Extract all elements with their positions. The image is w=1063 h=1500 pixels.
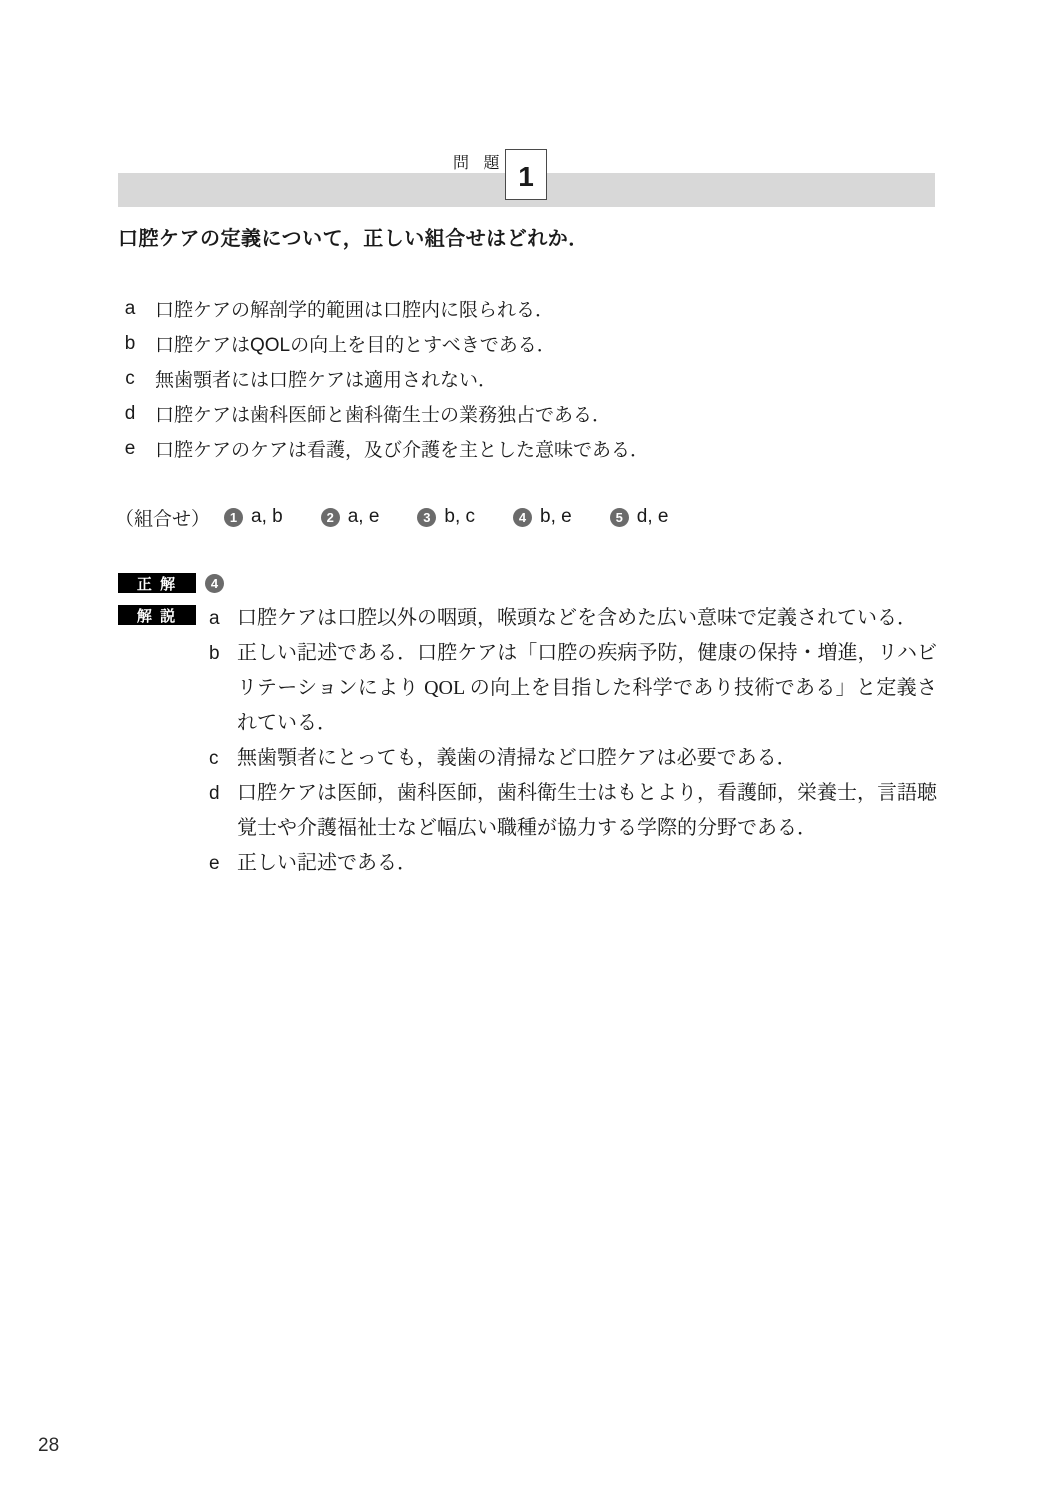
option-letter: c	[120, 368, 140, 390]
explanation-letter: c	[209, 741, 223, 776]
answer-row: 正 解 4	[118, 573, 224, 593]
explanation-letter: e	[209, 846, 223, 881]
option-row: a 口腔ケアの解剖学的範囲は口腔内に限られる．	[120, 291, 649, 326]
combination-choices: 1 a, b 2 a, e 3 b, c 4 b, e	[224, 506, 706, 528]
choice-text: d, e	[637, 506, 669, 528]
option-text: 無歯顎者には口腔ケアは適用されない．	[155, 365, 497, 392]
combination-choice: 4 b, e	[513, 506, 572, 528]
option-list: a 口腔ケアの解剖学的範囲は口腔内に限られる． b 口腔ケアはQOLの向上を目的…	[120, 291, 649, 466]
explanation-text: 正しい記述である．口腔ケアは「口腔の疾病予防，健康の保持・増進，リハビリテーショ…	[237, 636, 937, 741]
option-text: 口腔ケアはQOLの向上を目的とすべきである．	[155, 330, 556, 357]
explanation-letter: b	[209, 636, 223, 671]
question-title: 口腔ケアの定義について，正しい組合せはどれか．	[118, 222, 589, 251]
question-number: 1	[518, 163, 534, 191]
combination-row: （組合せ） 1 a, b 2 a, e 3 b, c 4	[115, 503, 706, 531]
choice-number-badge: 5	[610, 508, 629, 527]
option-text: 口腔ケアのケアは看護，及び介護を主とした意味である．	[155, 435, 649, 462]
explanation-list: a 口腔ケアは口腔以外の咽頭，喉頭などを含めた広い意味で定義されている． b 正…	[209, 601, 937, 881]
combination-choice: 1 a, b	[224, 506, 283, 528]
explanation-item: e 正しい記述である．	[209, 846, 937, 881]
combination-choice: 5 d, e	[610, 506, 669, 528]
option-row: d 口腔ケアは歯科医師と歯科衛生士の業務独占である．	[120, 396, 649, 431]
combination-label: （組合せ）	[115, 504, 210, 531]
option-row: b 口腔ケアはQOLの向上を目的とすべきである．	[120, 326, 649, 361]
explanation-text: 正しい記述である．	[237, 846, 937, 881]
choice-number-badge: 4	[513, 508, 532, 527]
combination-choice: 2 a, e	[321, 506, 380, 528]
option-letter: a	[120, 298, 140, 320]
option-text: 口腔ケアは歯科医師と歯科衛生士の業務独占である．	[155, 400, 611, 427]
explanation-item: c 無歯顎者にとっても，義歯の清掃など口腔ケアは必要である．	[209, 741, 937, 776]
explanation-text: 口腔ケアは医師，歯科医師，歯科衛生士はもとより，看護師，栄養士，言語聴覚士や介護…	[237, 776, 937, 846]
page-number: 28	[38, 1435, 59, 1457]
option-letter: e	[120, 438, 140, 460]
explanation-letter: a	[209, 601, 223, 636]
combination-choice: 3 b, c	[417, 506, 475, 528]
explanation-label: 解 説	[118, 605, 196, 625]
choice-text: b, e	[540, 506, 572, 528]
option-text: 口腔ケアの解剖学的範囲は口腔内に限られる．	[155, 295, 554, 322]
option-row: e 口腔ケアのケアは看護，及び介護を主とした意味である．	[120, 431, 649, 466]
explanation-item: d 口腔ケアは医師，歯科医師，歯科衛生士はもとより，看護師，栄養士，言語聴覚士や…	[209, 776, 937, 846]
choice-text: b, c	[444, 506, 475, 528]
question-number-box: 1	[505, 149, 547, 200]
choice-text: a, b	[251, 506, 283, 528]
explanation-text: 口腔ケアは口腔以外の咽頭，喉頭などを含めた広い意味で定義されている．	[237, 601, 937, 636]
choice-number-badge: 3	[417, 508, 436, 527]
explanation-letter: d	[209, 776, 223, 811]
exam-page: 問 題 1 口腔ケアの定義について，正しい組合せはどれか． a 口腔ケアの解剖学…	[0, 0, 1063, 1500]
explanation-item: b 正しい記述である．口腔ケアは「口腔の疾病予防，健康の保持・増進，リハビリテー…	[209, 636, 937, 741]
answer-label: 正 解	[118, 573, 196, 593]
option-row: c 無歯顎者には口腔ケアは適用されない．	[120, 361, 649, 396]
option-letter: b	[120, 333, 140, 355]
option-letter: d	[120, 403, 140, 425]
explanation-text: 無歯顎者にとっても，義歯の清掃など口腔ケアは必要である．	[237, 741, 937, 776]
explanation-item: a 口腔ケアは口腔以外の咽頭，喉頭などを含めた広い意味で定義されている．	[209, 601, 937, 636]
answer-number-badge: 4	[205, 574, 224, 593]
question-header-label: 問 題	[453, 150, 504, 173]
choice-number-badge: 1	[224, 508, 243, 527]
explanation-section: 解 説 a 口腔ケアは口腔以外の咽頭，喉頭などを含めた広い意味で定義されている．…	[118, 601, 937, 881]
choice-text: a, e	[348, 506, 380, 528]
choice-number-badge: 2	[321, 508, 340, 527]
